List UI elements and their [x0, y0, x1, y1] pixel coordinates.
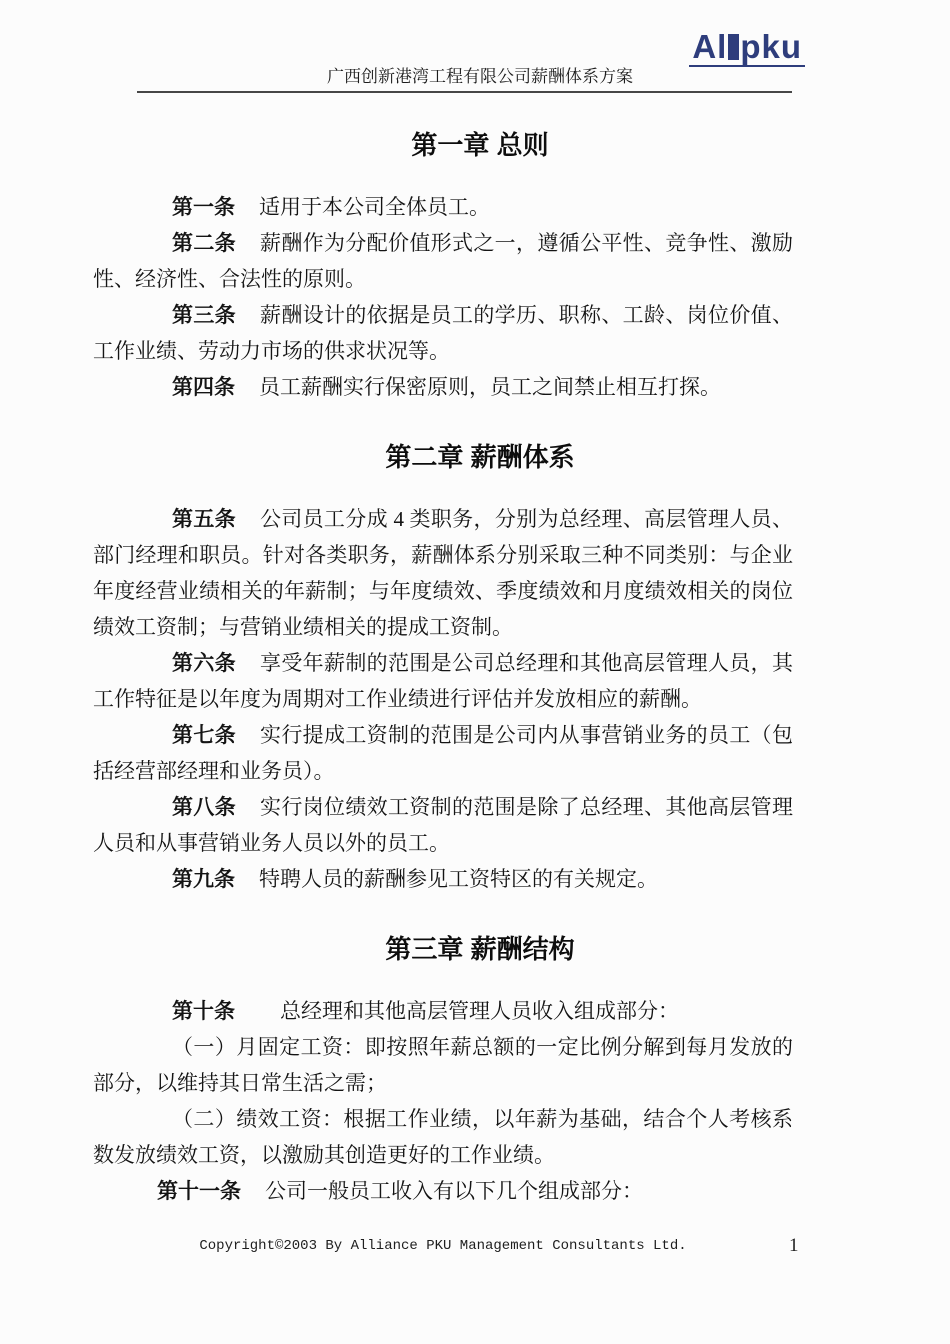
copyright-text: Copyright©2003 By Alliance PKU Managemen…: [93, 1236, 793, 1256]
logo-text-right: pku: [740, 28, 802, 65]
page-footer: Copyright©2003 By Alliance PKU Managemen…: [93, 1236, 867, 1266]
chapter-heading: 第二章 薪酬体系: [93, 441, 867, 473]
header-document-title: 广西创新港湾工程有限公司薪酬体系方案: [93, 66, 867, 88]
article-paragraph: 第九条特聘人员的薪酬参见工资特区的有关规定。: [93, 861, 793, 897]
article-number-label: 第六条: [172, 651, 236, 675]
header-divider: [137, 91, 792, 93]
article-paragraph: 第六条享受年薪制的范围是公司总经理和其他高层管理人员，其工作特征是以年度为周期对…: [93, 645, 793, 717]
article-paragraph: 第四条员工薪酬实行保密原则，员工之间禁止相互打探。: [93, 369, 793, 405]
sub-item-paragraph: （一）月固定工资：即按照年薪总额的一定比例分解到每月发放的部分，以维持其日常生活…: [93, 1029, 793, 1101]
article-paragraph: 第五条公司员工分成 4 类职务，分别为总经理、高层管理人员、部门经理和职员。针对…: [93, 501, 793, 645]
chapter-heading: 第三章 薪酬结构: [93, 933, 867, 965]
article-paragraph: 第十条 总经理和其他高层管理人员收入组成部分：: [93, 993, 793, 1029]
article-number-label: 第四条: [172, 375, 235, 399]
sub-item-paragraph: （二）绩效工资：根据工作业绩，以年薪为基础，结合个人考核系数发放绩效工资，以激励…: [93, 1101, 793, 1173]
article-number-label: 第十条: [172, 999, 235, 1023]
article-number-label: 第七条: [172, 723, 236, 747]
article-number-label: 第二条: [172, 231, 236, 255]
article-number-label: 第三条: [172, 303, 236, 327]
article-number-label: 第一条: [172, 195, 235, 219]
logo-text-left: Al: [692, 28, 727, 65]
page-number: 1: [789, 1236, 799, 1256]
article-paragraph: 第二条薪酬作为分配价值形式之一，遵循公平性、竞争性、激励性、经济性、合法性的原则…: [93, 225, 793, 297]
article-number-label: 第八条: [172, 795, 236, 819]
article-paragraph: 第七条实行提成工资制的范围是公司内从事营销业务的员工（包括经营部经理和业务员）。: [93, 717, 793, 789]
logo-bar-icon: [728, 34, 739, 60]
document-body: 第一章 总则第一条适用于本公司全体员工。第二条薪酬作为分配价值形式之一，遵循公平…: [93, 129, 867, 1209]
article-number-label: 第五条: [172, 507, 236, 531]
logo-row: Alpku: [0, 30, 950, 66]
document-page: Alpku 广西创新港湾工程有限公司薪酬体系方案 第一章 总则第一条适用于本公司…: [0, 0, 950, 1344]
article-paragraph: 第八条实行岗位绩效工资制的范围是除了总经理、其他高层管理人员和从事营销业务人员以…: [93, 789, 793, 861]
article-number-label: 第十一条: [157, 1179, 241, 1203]
article-paragraph: 第十一条公司一般员工收入有以下几个组成部分：: [93, 1173, 793, 1209]
page-header: Alpku 广西创新港湾工程有限公司薪酬体系方案: [0, 0, 950, 93]
article-number-label: 第九条: [172, 867, 235, 891]
chapter-heading: 第一章 总则: [93, 129, 867, 161]
alliance-pku-logo: Alpku: [689, 30, 805, 67]
article-paragraph: 第一条适用于本公司全体员工。: [93, 189, 793, 225]
article-paragraph: 第三条薪酬设计的依据是员工的学历、职称、工龄、岗位价值、工作业绩、劳动力市场的供…: [93, 297, 793, 369]
